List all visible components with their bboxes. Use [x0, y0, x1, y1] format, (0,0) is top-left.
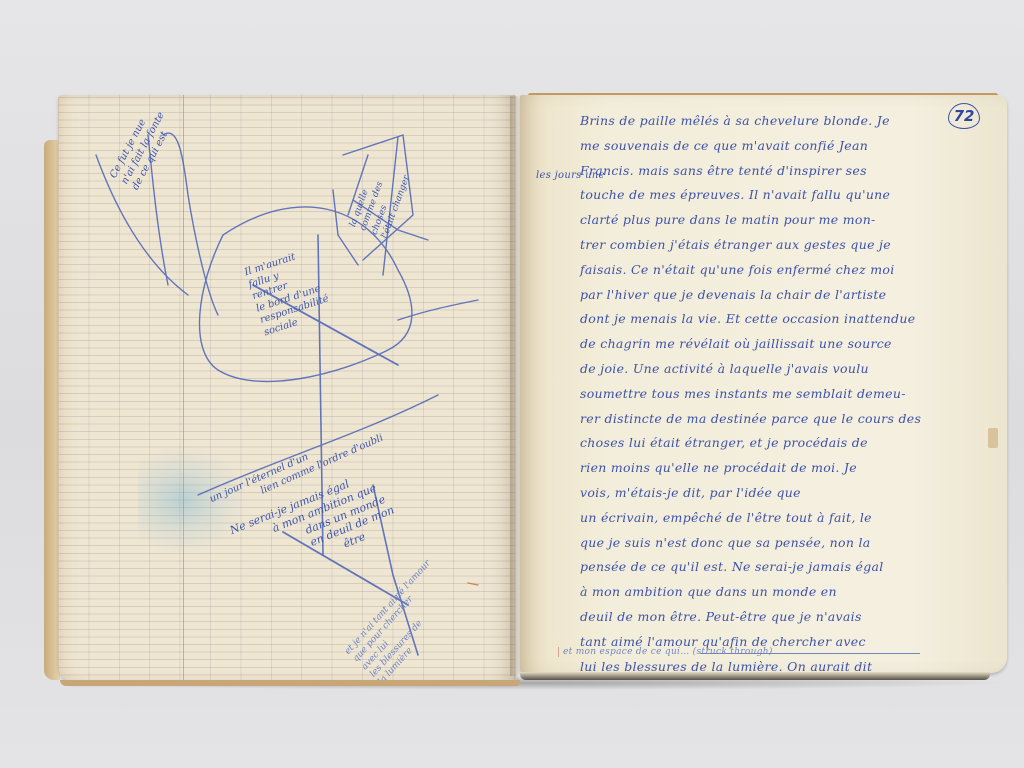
text-line: de joie. Une activité à laquelle j'avais… [580, 357, 980, 382]
text-line: un écrivain, empêché de l'être tout à fa… [580, 506, 980, 531]
text-line: Francis. mais sans être tenté d'inspirer… [580, 159, 980, 184]
text-line: rer distincte de ma destinée parce que l… [580, 407, 980, 432]
text-line: par l'hiver que je devenais la chair de … [580, 283, 980, 308]
text-line: clarté plus pure dans le matin pour me m… [580, 208, 980, 233]
text-line: rien moins qu'elle ne procédait de moi. … [580, 456, 980, 481]
strike-through-line [700, 653, 920, 654]
text-line: vois, m'étais-je dit, par l'idée que [580, 481, 980, 506]
right-page: 72 les jours une Brins de paille mêlés à… [520, 95, 1007, 673]
text-line: lui les blessures de la lumière. On aura… [580, 655, 980, 673]
left-page-bottom-edge [60, 680, 520, 686]
manuscript-text: Brins de paille mêlés à sa chevelure blo… [580, 109, 980, 673]
text-line: touche de mes épreuves. Il n'avait fallu… [580, 183, 980, 208]
text-line: que je suis n'est donc que sa pensée, no… [580, 531, 980, 556]
text-line: pensée de ce qu'il est. Ne serai-je jama… [580, 555, 980, 580]
text-line: Brins de paille mêlés à sa chevelure blo… [580, 109, 980, 134]
text-line: de chagrin me révélait où jaillissait un… [580, 332, 980, 357]
left-page: Ce fut je nue n'ai fait la fonte de ce q… [58, 95, 516, 683]
text-line: faisais. Ce n'était qu'une fois enfermé … [580, 258, 980, 283]
text-line: me souvenais de ce que m'avait confié Je… [580, 134, 980, 159]
text-line: soumettre tous mes instants me semblait … [580, 382, 980, 407]
text-line: choses lui était étranger, et je procéda… [580, 431, 980, 456]
paper-tab [988, 428, 998, 448]
text-line: deuil de mon être. Peut-être que je n'av… [580, 605, 980, 630]
text-line: dont je menais la vie. Et cette occasion… [580, 307, 980, 332]
struck-footer-note: et mon espace de ce qui… (struck through… [558, 647, 773, 657]
right-page-bottom-edge [520, 672, 990, 680]
text-line: trer combien j'étais étranger aux gestes… [580, 233, 980, 258]
text-line: à mon ambition que dans un monde en [580, 580, 980, 605]
